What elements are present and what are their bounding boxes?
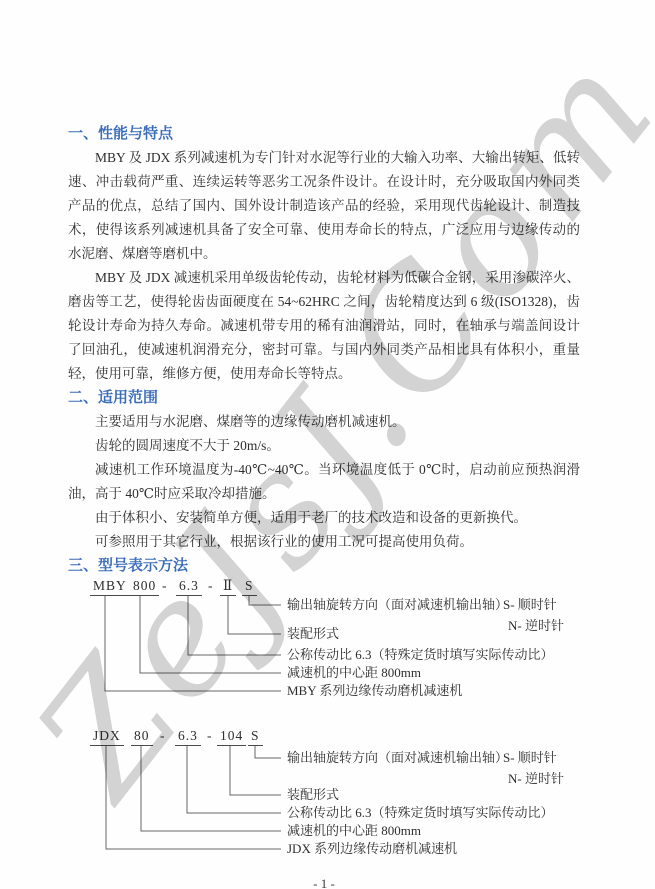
paragraph: 可参照用于其它行业，根据该行业的使用工况可提高使用负荷。 — [68, 530, 580, 554]
paragraph: MBY 及 JDX 减速机采用单级齿轮传动，齿轮材料为低碳合金钢，采用渗碳淬火、… — [68, 266, 580, 386]
diagram-label-assembly: 装配形式 — [287, 626, 339, 642]
diagram-label-series: JDX 系列边缘传动磨机减速机 — [287, 841, 457, 857]
diagram-label-rotation: 输出轴旋转方向（面对减速机输出轴） — [287, 750, 508, 766]
model-code-part: 80 — [131, 728, 153, 746]
model-code-part: S — [242, 578, 257, 596]
model-code-part: 104 — [217, 728, 246, 746]
model-code-separator: - — [160, 728, 166, 744]
page-number: - 1 - — [68, 872, 580, 889]
paragraph: 主要适用与水泥磨、煤磨等的边缘传动磨机减速机。 — [68, 410, 580, 434]
diagram-label-ratio: 公称传动比 6.3（特殊定货时填写实际传动比） — [287, 647, 554, 663]
model-code-part: MBY — [90, 578, 130, 596]
paragraph: 由于体积小、安装简单方便，适用于老厂的技术改造和设备的更新换代。 — [68, 506, 580, 530]
model-code-separator: - — [208, 578, 214, 594]
paragraph: 齿轮的圆周速度不大于 20m/s。 — [68, 434, 580, 458]
model-code-separator: - — [162, 578, 168, 594]
diagram-label-center-distance: 减速机的中心距 800mm — [287, 665, 421, 681]
diagram-label-rotation: 输出轴旋转方向（面对减速机输出轴） — [287, 597, 508, 613]
diagram-label-rotation-ccw: N- 逆时针 — [508, 618, 564, 634]
model-diagram-mby: MBY 800 - 6.3 - Ⅱ S 输出轴旋转方向（面对减速机输出轴） S-… — [68, 578, 580, 728]
diagram-label-rotation-cw: S- 顺时针 — [503, 597, 557, 613]
model-code-part: S — [248, 728, 263, 746]
paragraph: MBY 及 JDX 系列减速机为专门针对水泥等行业的大输入功率、大输出转矩、低转… — [68, 146, 580, 266]
model-diagram-jdx: JDX 80 - 6.3 - 104 S 输出轴旋转方向（面对减速机输出轴） S… — [68, 728, 580, 868]
document-page: 一、性能与特点 MBY 及 JDX 系列减速机为专门针对水泥等行业的大输入功率、… — [0, 0, 655, 889]
diagram-label-series: MBY 系列边缘传动磨机减速机 — [287, 683, 462, 699]
model-code-part: 6.3 — [175, 728, 201, 746]
diagram-label-rotation-cw: S- 顺时针 — [503, 750, 557, 766]
section-heading-performance: 一、性能与特点 — [68, 122, 580, 146]
section-heading-application: 二、适用范围 — [68, 386, 580, 410]
diagram-label-rotation-ccw: N- 逆时针 — [508, 771, 564, 787]
model-code-part: JDX — [90, 728, 124, 746]
diagram-label-center-distance: 减速机的中心距 800mm — [287, 823, 421, 839]
section-heading-model-designation: 三、型号表示方法 — [68, 554, 580, 578]
diagram-label-ratio: 公称传动比 6.3（特殊定货时填写实际传动比） — [287, 805, 554, 821]
model-code-separator: - — [207, 728, 213, 744]
model-code-part: 6.3 — [176, 578, 202, 596]
model-code-part: 800 — [130, 578, 159, 596]
content-area: 一、性能与特点 MBY 及 JDX 系列减速机为专门针对水泥等行业的大输入功率、… — [68, 122, 580, 889]
paragraph: 减速机工作环境温度为-40℃~40℃。当环境温度低于 0℃时，启动前应预热润滑油… — [68, 458, 580, 506]
diagram-label-assembly: 装配形式 — [287, 787, 339, 803]
model-code-part: Ⅱ — [220, 578, 236, 596]
